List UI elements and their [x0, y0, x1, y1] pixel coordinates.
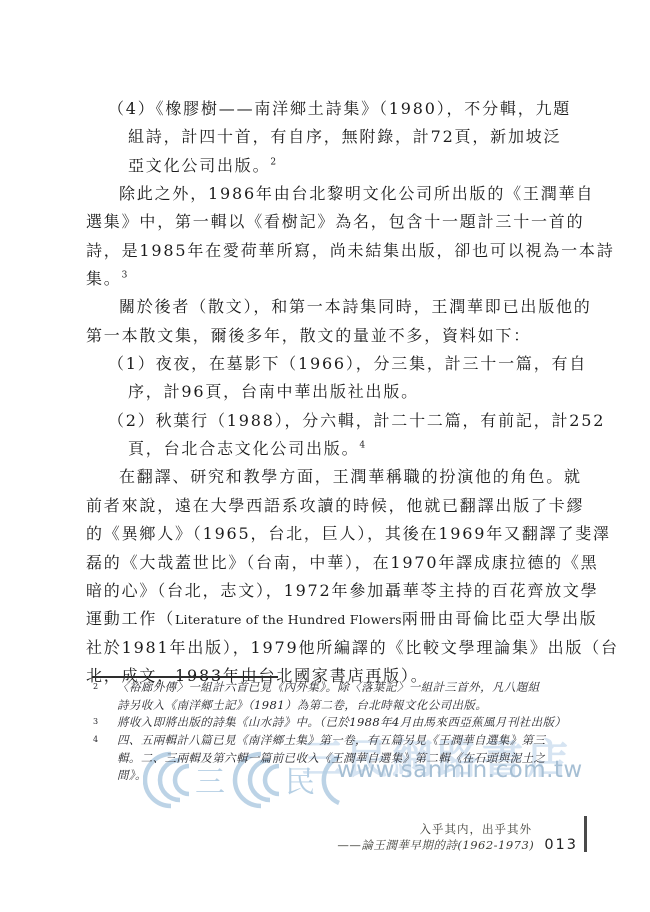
running-title-subtitle: ——論王潤華早期的詩(1962-1973) — [337, 837, 534, 853]
body-text-line: 詩，是1985年在愛荷華所寫，尚未結集出版，卻也可以視為一本詩 — [86, 237, 568, 265]
body-text-line: 運動工作（Literature of the Hundred Flowers兩冊… — [86, 605, 568, 633]
body-text-line: 除此之外，1986年由台北黎明文化公司所出版的《王潤華自 — [86, 180, 568, 208]
footnote-reference: 4 — [359, 441, 365, 451]
footnote-line: 4四、五兩輯計八篇已見《南洋鄉土集》第一卷，有五篇另見《王潤華自選集》第三 — [86, 732, 568, 750]
book-page: 三民網路書店 三 民 www.sanmin.com.tw （4）《橡膠樹——南洋… — [0, 0, 650, 912]
document-page: { "body_lines": [ {"indent": 22, "text":… — [0, 0, 650, 912]
body-text-line: （1）夜夜，在墓影下（1966），分三集，計三十一篇，有自 — [86, 350, 568, 378]
body-text-line: 磊的《大哉蓋世比》（台南，中華），在1970年譯成康拉德的《黑 — [86, 549, 568, 577]
body-text-line: 序，計96頁，台南中華出版社出版。 — [86, 378, 568, 406]
footnotes-block: 2〈裕廊外傳〉一組計六首已見《內外集》。除〈落葉記〉一組計三首外，凡八題組詩另收… — [86, 679, 568, 785]
body-text-line: 選集》中，第一輯以《看樹記》為名，包含十一題計三十一首的 — [86, 208, 568, 236]
body-text-line: （4）《橡膠樹——南洋鄉土詩集》（1980），不分輯，九題 — [86, 95, 568, 123]
footnote-line: 間》。 — [86, 767, 568, 785]
page-number: 013 — [544, 837, 578, 853]
footnote-number: 4 — [93, 731, 98, 749]
body-text-line: 集。3 — [86, 265, 568, 293]
body-text-line: 前者來說，遠在大學西語系攻讀的時候，他就已翻譯出版了卡繆 — [86, 492, 568, 520]
footnote-reference: 2 — [270, 157, 276, 167]
body-text-line: 亞文化公司出版。2 — [86, 152, 568, 180]
page-number-divider — [584, 816, 587, 852]
body-text-line: 社於1981年出版），1979他所編譯的《比較文學理論集》出版（台 — [86, 634, 568, 662]
footnote-line: 3將收入即將出版的詩集《山水詩》中。（已於1988年4月由馬來西亞蕉風月刊社出版… — [86, 714, 568, 732]
footnote-line: 輯。二、三兩輯及第六輯一篇前已收入《王潤華自選集》第二輯《在石頭與泥土之 — [86, 750, 568, 768]
footnote-line: 2〈裕廊外傳〉一組計六首已見《內外集》。除〈落葉記〉一組計三首外，凡八題組 — [86, 679, 568, 697]
body-text-line: 的《異鄉人》（1965，台北，巨人），其後在1969年又翻譯了斐澤 — [86, 520, 568, 548]
footnote-number: 3 — [93, 713, 98, 731]
running-title-line-2: ——論王潤華早期的詩(1962-1973) 013 — [0, 837, 578, 853]
footnote-number: 2 — [93, 678, 98, 696]
footnote-line: 詩另收入《南洋鄉土記》（1981）為第二卷，台北時報文化公司出版。 — [86, 697, 568, 715]
footnote-separator — [92, 676, 278, 678]
running-title-line-1: 入乎其内，出乎其外 — [0, 821, 532, 837]
body-text-line: 在翻譯、研究和教學方面，王潤華稱職的扮演他的角色。就 — [86, 463, 568, 491]
main-text-block: （4）《橡膠樹——南洋鄉土詩集》（1980），不分輯，九題組詩，計四十首，有自序… — [86, 95, 568, 690]
body-text-line: 組詩，計四十首，有自序，無附錄，計72頁，新加坡泛 — [86, 123, 568, 151]
body-text-line: 第一本散文集，爾後多年，散文的量並不多，資料如下： — [86, 322, 568, 350]
body-text-line: （2）秋葉行（1988），分六輯，計二十二篇，有前記，計252 — [86, 407, 568, 435]
body-text-line: 關於後者（散文），和第一本詩集同時，王潤華即已出版他的 — [86, 293, 568, 321]
body-text-line: 頁，台北合志文化公司出版。4 — [86, 435, 568, 463]
footnote-reference: 3 — [122, 271, 128, 281]
body-text-line: 暗的心》（台北，志文），1972年參加聶華苓主持的百花齊放文學 — [86, 577, 568, 605]
